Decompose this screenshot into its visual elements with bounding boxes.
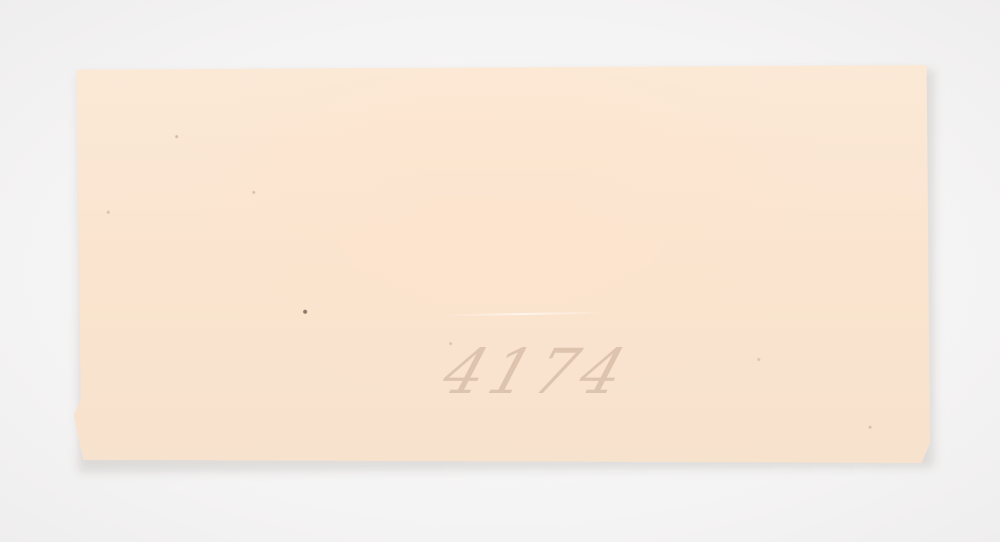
banknote-back: 4174 xyxy=(74,65,930,463)
handwritten-number: 4174 xyxy=(434,335,640,408)
